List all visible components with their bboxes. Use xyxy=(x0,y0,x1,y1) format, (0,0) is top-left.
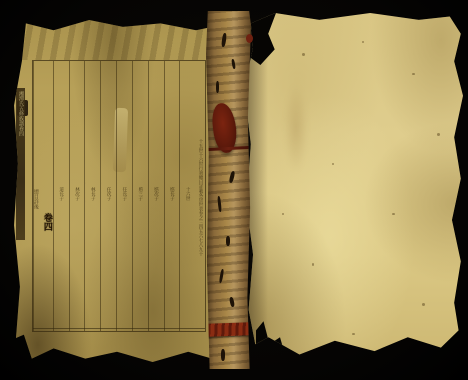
column-header: 道長子 xyxy=(54,187,69,207)
column-header: 林長子 xyxy=(85,187,100,207)
foxing-speck xyxy=(392,213,395,215)
column-header: 林次子 xyxy=(69,187,84,207)
photo-stage: 湘潭氏五修族譜卷四 十五世十六世行第總目詳載各房世表卷之三四五六七八九十 十六世… xyxy=(0,0,468,380)
column-header: 愍三子 xyxy=(133,187,148,207)
spine-wear-mark xyxy=(217,196,222,212)
spine-wear-mark xyxy=(231,59,236,69)
spine-wear-mark xyxy=(229,297,235,308)
genealogy-column: 林長子 行應 字宗文配吳氏生殁未詳 xyxy=(84,61,100,331)
right-page xyxy=(242,13,463,358)
ink-showthrough xyxy=(284,83,308,173)
column-header: 十六世 xyxy=(180,187,195,207)
column-header: 任次子 xyxy=(101,187,116,207)
left-page: 湘潭氏五修族譜卷四 十五世十六世行第總目詳載各房世表卷之三四五六七八九十 十六世… xyxy=(14,20,212,362)
column-header: 愍次子 xyxy=(149,187,164,207)
left-page-top-stain xyxy=(14,20,212,60)
foxing-speck xyxy=(437,133,440,136)
genealogy-column: 任次子 行原 字宗信配周氏生子一殁葬 xyxy=(100,61,116,331)
spine-wear-mark xyxy=(226,236,230,246)
foxing-speck xyxy=(352,333,355,335)
foxing-speck xyxy=(412,73,415,75)
genealogy-column: 林次子 行志 字宗武配黃氏生子二殁葬山向 xyxy=(69,61,85,331)
volume-label: 卷四 xyxy=(41,213,53,231)
fore-edge-label: 湘潭氏五修族譜卷四 xyxy=(16,88,25,240)
genealogy-column: 道長子 行總 字宗賢配楊氏生子一殁葬祖山寅山申向有碑 xyxy=(53,61,69,331)
spine-wear-mark xyxy=(219,269,224,283)
genealogy-column: 十六世 行愍 乾隆十年乙丑生配陳氏生子三長任次林三道俱詳下 xyxy=(179,61,195,331)
foxing-speck xyxy=(362,41,364,43)
printed-text-block: 十五世十六世行第總目詳載各房世表卷之三四五六七八九十 十六世 行愍 乾隆十年乙丑… xyxy=(32,60,206,332)
foxing-speck xyxy=(332,163,334,165)
foxing-speck xyxy=(302,53,305,56)
red-cord-fragment xyxy=(246,34,253,43)
genealogy-column: 愍三子 行道 字宗禮配張氏生子一殁未詳 xyxy=(132,61,148,331)
genealogy-column: 愍長子 行任 字宗仁配李氏生子一道殁葬祖山辛山乙向 xyxy=(164,61,180,331)
genealogy-column: 愍次子 行林 字宗義配王氏生子二殁葬同上 xyxy=(148,61,164,331)
column-header: 任長子 xyxy=(117,187,132,207)
spine-wear-mark xyxy=(216,81,219,93)
spine-wear-mark xyxy=(221,33,227,47)
torn-corner-top xyxy=(250,13,276,65)
spine-wear-mark xyxy=(221,349,225,361)
foxing-speck xyxy=(422,303,425,306)
spine-margin-column: 十五世十六世行第總目詳載各房世表卷之三四五六七八九十 xyxy=(195,61,205,331)
bottom-red-cord-tie xyxy=(204,322,256,337)
volume-sublabel: 總目詳後 xyxy=(33,189,41,209)
column-header: 愍長子 xyxy=(164,187,179,207)
foxing-speck xyxy=(282,213,284,215)
genealogy-column: 任長子 行階 字宗智配劉氏生子二俱詳 xyxy=(116,61,132,331)
book-spine xyxy=(206,11,251,369)
volume-label-column: 卷四 總目詳後 xyxy=(33,61,53,331)
foxing-speck xyxy=(312,263,314,266)
spine-wear-mark xyxy=(229,171,236,184)
